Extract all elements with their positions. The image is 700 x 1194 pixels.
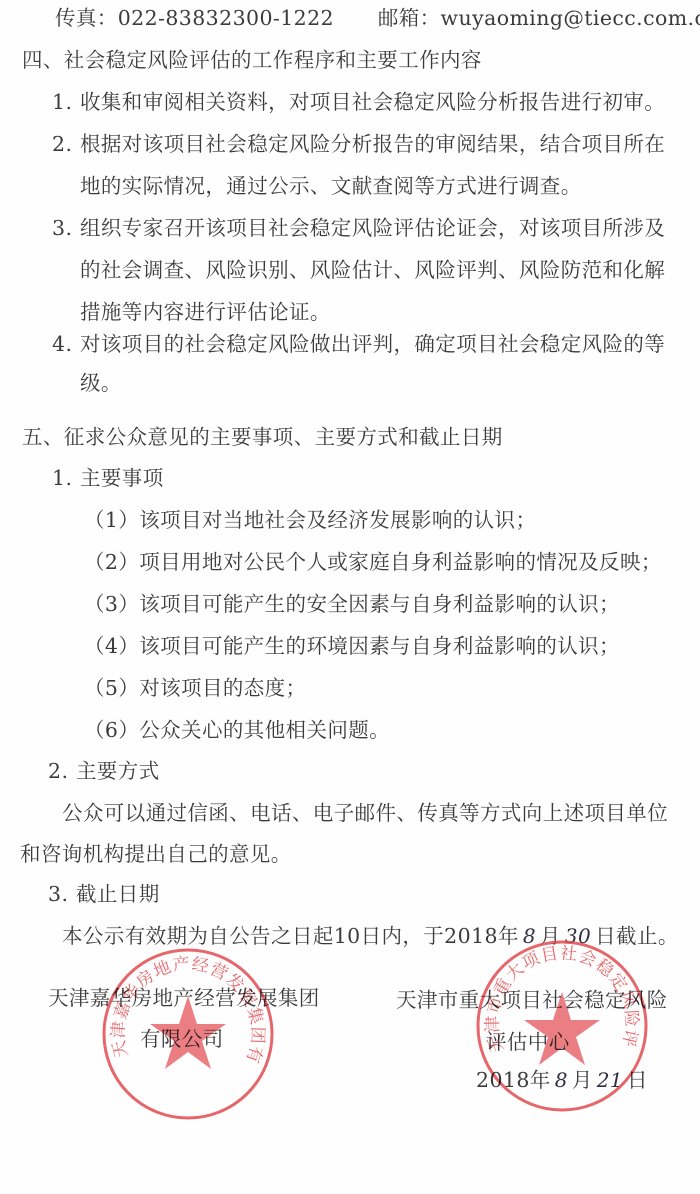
section5-sub1-item-5: （5）对该项目的态度； — [84, 674, 306, 702]
section4-item-3: 3.组织专家召开该项目社会稳定风险评估论证会，对该项目所涉及 — [52, 214, 665, 242]
section5-sub1-item-6: （6）公众关心的其他相关问题。 — [84, 716, 390, 744]
document-page: 传真：022-83832300-1222 邮箱：wuyaoming@tiecc.… — [0, 0, 700, 1194]
section5-sub2-line-1: 公众可以通过信函、电话、电子邮件、传真等方式向上述项目单位 — [62, 799, 668, 827]
fax-label: 传真： — [55, 6, 118, 30]
section5-sub2-line-2: 和咨询机构提出自己的意见。 — [20, 840, 292, 868]
sub-title: 主要事项 — [80, 466, 164, 490]
section4-item-4: 4.对该项目的社会稳定风险做出评判，确定项目社会稳定风险的等 — [52, 330, 665, 358]
section5-sub1-item-3: （3）该项目可能产生的安全因素与自身利益影响的认识； — [84, 590, 620, 618]
section4-item-3-cont2: 措施等内容进行评估论证。 — [80, 298, 331, 326]
section4-item-2-cont: 地的实际情况，通过公示、文献查阅等方式进行调查。 — [80, 172, 582, 200]
item-number: 1. — [52, 88, 80, 116]
item-number: 4. — [52, 330, 80, 358]
section4-item-1: 1.收集和审阅相关资料，对项目社会稳定风险分析报告进行初审。 — [52, 88, 665, 116]
section5-sub1-item-1: （1）该项目对当地社会及经济发展影响的认识； — [84, 506, 536, 534]
left-org-name-line2: 有限公司 — [140, 1025, 224, 1053]
sub-number: 3. — [48, 880, 76, 908]
handwritten-date-month: 8 — [551, 1068, 572, 1092]
sub-number: 1. — [52, 464, 80, 492]
item-text: 收集和审阅相关资料，对项目社会稳定风险分析报告进行初审。 — [80, 90, 665, 114]
fax-value: 022-83832300-1222 — [118, 6, 334, 30]
item-text: 根据对该项目社会稳定风险分析报告的审阅结果，结合项目所在 — [80, 132, 665, 156]
section5-sub3-title: 3.截止日期 — [48, 880, 160, 908]
date-month-label: 月 — [572, 1068, 593, 1092]
section5-sub2-title: 2.主要方式 — [48, 757, 160, 785]
date-day-label: 日 — [627, 1068, 648, 1092]
deadline-prefix: 本公示有效期为自公告之日起10日内，于2018年 — [62, 924, 519, 948]
item-text: 对该项目的社会稳定风险做出评判，确定项目社会稳定风险的等 — [80, 332, 665, 356]
section5-sub1-item-4: （4）该项目可能产生的环境因素与自身利益影响的认识； — [84, 632, 620, 660]
section4-item-4-cont: 级。 — [80, 369, 122, 397]
email-label: 邮箱： — [378, 6, 441, 30]
section4-heading: 四、社会稳定风险评估的工作程序和主要工作内容 — [22, 46, 482, 74]
section5-sub1-title: 1.主要事项 — [52, 464, 164, 492]
section4-item-2: 2.根据对该项目社会稳定风险分析报告的审阅结果，结合项目所在 — [52, 130, 665, 158]
date-year: 2018 — [476, 1068, 530, 1092]
left-org-name-line1: 天津嘉华房地产经营发展集团 — [48, 984, 320, 1012]
email-value: wuyaoming@tiecc.com.cn — [441, 6, 700, 30]
item-number: 3. — [52, 214, 80, 242]
sub-number: 2. — [48, 757, 76, 785]
item-number: 2. — [52, 130, 80, 158]
section4-item-3-cont1: 的社会调查、风险识别、风险估计、风险评判、风险防范和化解 — [80, 256, 665, 284]
section5-heading: 五、征求公众意见的主要事项、主要方式和截止日期 — [22, 423, 503, 451]
right-org-name-line1: 天津市重大项目社会稳定风险 — [396, 986, 668, 1014]
right-org-name-line2: 评估中心 — [486, 1028, 570, 1056]
date-year-label: 年 — [530, 1068, 551, 1092]
contact-line: 传真：022-83832300-1222 邮箱：wuyaoming@tiecc.… — [55, 4, 700, 32]
signature-date: 2018年8月21日 — [476, 1066, 648, 1094]
handwritten-date-day: 21 — [593, 1068, 627, 1092]
item-text: 组织专家召开该项目社会稳定风险评估论证会，对该项目所涉及 — [80, 216, 665, 240]
sub-title: 主要方式 — [76, 759, 160, 783]
section5-sub1-item-2: （2）项目用地对公民个人或家庭自身利益影响的情况及反映； — [84, 548, 662, 576]
sub-title: 截止日期 — [76, 882, 160, 906]
